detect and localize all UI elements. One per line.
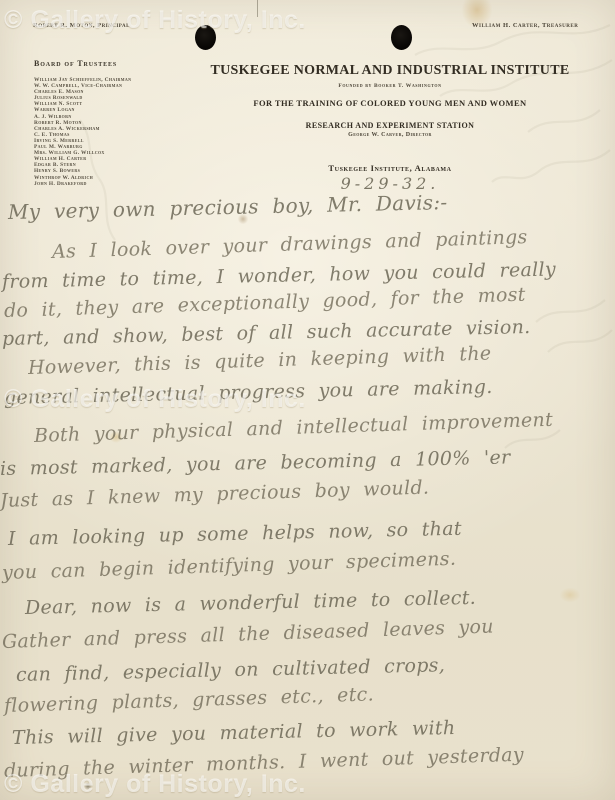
handwritten-line: This will give you material to work with [12,717,456,749]
watermark: © Gallery of History, Inc. [4,385,306,414]
handwritten-line: However, this is quite in keeping with t… [28,342,492,379]
handwritten-line: My very own precious boy, Mr. Davis:- [8,190,448,224]
handwritten-line: Both your physical and intellectual impr… [34,409,554,447]
handwritten-line: flowering plants, grasses etc., etc. [4,683,375,717]
punch-hole [391,25,412,50]
handwritten-line: you can begin identifying your specimens… [2,548,457,584]
handwritten-line: Dear, now is a wonderful time to collect… [25,587,477,619]
watermark: © Gallery of History, Inc. [4,770,306,799]
handwritten-line: is most marked, you are becoming a 100% … [0,446,511,480]
letter-page: © Gallery of History, Inc. © Gallery of … [0,0,615,800]
handwritten-line: As I look over your drawings and paintin… [52,226,528,263]
handwritten-line: Just as I knew my precious boy would. [0,477,430,512]
handwritten-line: Gather and press all the diseased leaves… [2,616,494,653]
handwritten-line: can find, especially on cultivated crops… [16,654,446,686]
handwritten-line: I am looking up some helps now, so that [8,518,462,550]
watermark: © Gallery of History, Inc. [4,6,306,35]
